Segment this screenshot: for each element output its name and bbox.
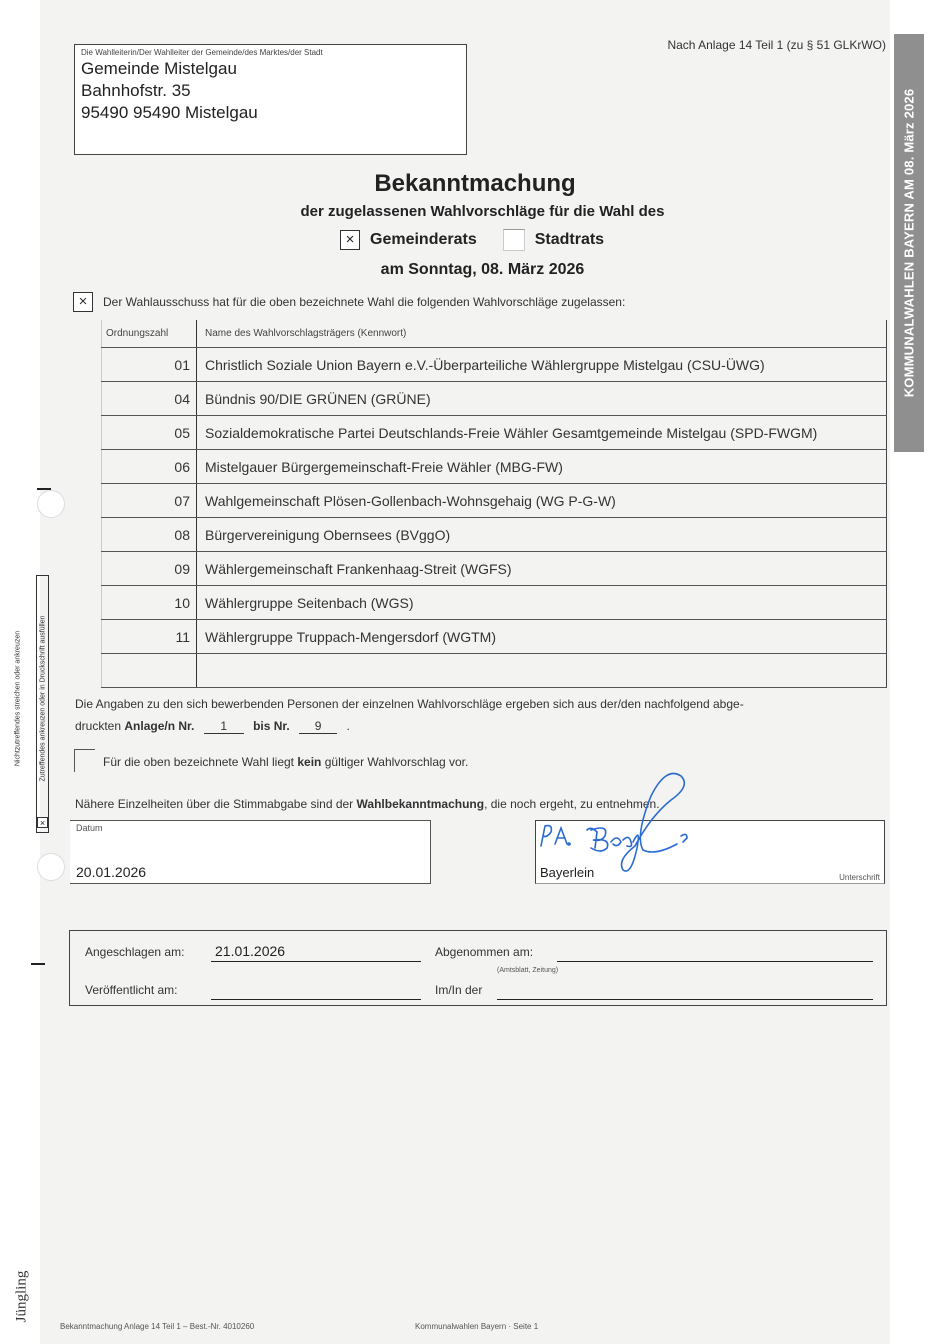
row-number: 08 [102, 518, 197, 552]
table-row: 01Christlich Soziale Union Bayern e.V.-Ü… [102, 348, 887, 382]
date-value[interactable]: 20.01.2026 [76, 864, 146, 880]
election-date: am Sonntag, 08. März 2026 [0, 261, 950, 279]
table-row: 10Wählergruppe Seitenbach (WGS) [102, 586, 887, 620]
sender-city: 95490 95490 Mistelgau [81, 103, 258, 123]
annex-text-line1: Die Angaben zu den sich bewerbenden Pers… [75, 697, 744, 711]
row-name [197, 654, 887, 688]
page-title: Bekanntmachung [0, 170, 950, 198]
table-row: 06Mistelgauer Bürgergemeinschaft-Freie W… [102, 450, 887, 484]
posted-label: Angeschlagen am: [85, 945, 184, 959]
footer-right: Kommunalwahlen Bayern · Seite 1 [415, 1322, 538, 1331]
annex-end: . [346, 719, 349, 733]
table-row: 09Wählergemeinschaft Frankenhaag-Streit … [102, 552, 887, 586]
page-subtitle: der zugelassenen Wahlvorschläge für die … [0, 203, 950, 220]
sender-address-box: Die Wahlleiterin/Der Wahlleiter der Geme… [74, 44, 467, 155]
posting-record-box: Angeschlagen am: 21.01.2026 Abgenommen a… [69, 930, 887, 1006]
publisher-name: Jüngling [13, 1271, 30, 1323]
row-number: 06 [102, 450, 197, 484]
no-valid-nomination-text: Für die oben bezeichnete Wahl liegt kein… [103, 755, 468, 769]
row-name: Wählergruppe Seitenbach (WGS) [197, 586, 887, 620]
row-number: 04 [102, 382, 197, 416]
stadtrat-label: Stadtrats [535, 231, 604, 249]
gemeinderat-checkbox[interactable]: × [340, 230, 360, 250]
stadtrat-checkbox[interactable] [503, 229, 525, 251]
row-name: Wählergruppe Truppach-Mengersdorf (WGTM) [197, 620, 887, 654]
table-row: 07Wahlgemeinschaft Plösen-Gollenbach-Woh… [102, 484, 887, 518]
annex-text-line2: druckten Anlage/n Nr. 1 bis Nr. 9 . [75, 719, 350, 734]
signature-label: Unterschrift [839, 873, 880, 882]
annex-prefix: druckten [75, 719, 121, 733]
no-valid-nomination-checkbox[interactable] [74, 749, 95, 772]
annex-to-label: bis Nr. [253, 719, 290, 733]
in-field[interactable] [497, 981, 873, 1000]
publisher-logo: Jüngling [4, 1260, 64, 1330]
table-row: 08Bürgervereinigung Obernsees (BVggO) [102, 518, 887, 552]
details-before: Nähere Einzelheiten über die Stimmabgabe… [75, 797, 353, 811]
margin-note-line2: Zutreffendes ankreuzen oder in Druckschr… [40, 569, 47, 829]
legal-reference: Nach Anlage 14 Teil 1 (zu § 51 GLKrWO) [667, 38, 886, 52]
row-number: 01 [102, 348, 197, 382]
admission-statement: × Der Wahlausschuss hat für die oben bez… [73, 292, 625, 312]
row-number: 05 [102, 416, 197, 450]
row-number: 09 [102, 552, 197, 586]
annex-from-field[interactable]: 1 [204, 719, 244, 734]
punch-hole [37, 853, 65, 881]
no-valid-text-bold: kein [297, 755, 321, 769]
column-header-number: Ordnungszahl [102, 320, 197, 348]
annex-bold: Anlage/n Nr. [124, 719, 194, 733]
annex-to-field[interactable]: 9 [299, 719, 337, 734]
no-valid-text-after: gültiger Wahlvorschlag vor. [325, 755, 469, 769]
table-header-row: Ordnungszahl Name des Wahlvorschlagsträg… [102, 320, 887, 348]
gemeinderat-label: Gemeinderats [370, 231, 477, 249]
admission-checkbox[interactable]: × [73, 292, 93, 312]
posted-value: 21.01.2026 [215, 943, 285, 959]
published-field[interactable] [211, 981, 421, 1000]
signature-box: Bayerlein Unterschrift [535, 820, 885, 884]
row-number: 10 [102, 586, 197, 620]
in-label: Im/In der [435, 983, 482, 997]
row-number: 07 [102, 484, 197, 518]
table-row: 04Bündnis 90/DIE GRÜNEN (GRÜNE) [102, 382, 887, 416]
election-type-choice: × Gemeinderats Stadtrats [340, 229, 604, 251]
removed-field[interactable] [557, 943, 873, 962]
published-label: Veröffentlicht am: [85, 983, 178, 997]
posted-field[interactable]: 21.01.2026 [211, 943, 421, 962]
margin-note: Nichtzutreffendes streichen oder ankreuz… [3, 575, 63, 835]
margin-note-checkbox: × [37, 817, 48, 828]
row-name: Wählergemeinschaft Frankenhaag-Streit (W… [197, 552, 887, 586]
row-name: Bürgervereinigung Obernsees (BVggO) [197, 518, 887, 552]
row-number [102, 654, 197, 688]
row-name: Christlich Soziale Union Bayern e.V.-Übe… [197, 348, 887, 382]
date-label: Datum [76, 823, 103, 833]
footer-left: Bekanntmachung Anlage 14 Teil 1 – Best.-… [60, 1322, 254, 1331]
in-hint: (Amtsblatt, Zeitung) [497, 967, 558, 974]
row-name: Bündnis 90/DIE GRÜNEN (GRÜNE) [197, 382, 887, 416]
margin-note-line1: Nichtzutreffendes streichen oder ankreuz… [15, 579, 22, 819]
removed-label: Abgenommen am: [435, 945, 533, 959]
column-header-name: Name des Wahlvorschlagsträgers (Kennwort… [197, 320, 887, 348]
row-name: Sozialdemokratische Partei Deutschlands-… [197, 416, 887, 450]
handwritten-signature-icon [531, 786, 701, 906]
row-name: Wahlgemeinschaft Plösen-Gollenbach-Wohns… [197, 484, 887, 518]
admission-text: Der Wahlausschuss hat für die oben bezei… [103, 295, 625, 309]
date-box: Datum 20.01.2026 [70, 820, 431, 884]
row-number: 11 [102, 620, 197, 654]
fold-mark [31, 963, 45, 965]
row-name: Mistelgauer Bürgergemeinschaft-Freie Wäh… [197, 450, 887, 484]
table-row [102, 654, 887, 688]
details-bold: Wahlbekanntmachung [357, 797, 485, 811]
sender-label: Die Wahlleiterin/Der Wahlleiter der Geme… [81, 48, 323, 57]
punch-hole [37, 490, 65, 518]
nominations-table: Ordnungszahl Name des Wahlvorschlagsträg… [101, 320, 887, 688]
sender-name: Gemeinde Mistelgau [81, 59, 237, 79]
side-band-text: KOMMUNALWAHLEN BAYERN AM 08. März 2026 [902, 89, 917, 398]
election-side-band: KOMMUNALWAHLEN BAYERN AM 08. März 2026 [894, 34, 924, 452]
no-valid-text-before: Für die oben bezeichnete Wahl liegt [103, 755, 294, 769]
table-row: 05Sozialdemokratische Partei Deutschland… [102, 416, 887, 450]
sender-street: Bahnhofstr. 35 [81, 81, 191, 101]
table-row: 11Wählergruppe Truppach-Mengersdorf (WGT… [102, 620, 887, 654]
